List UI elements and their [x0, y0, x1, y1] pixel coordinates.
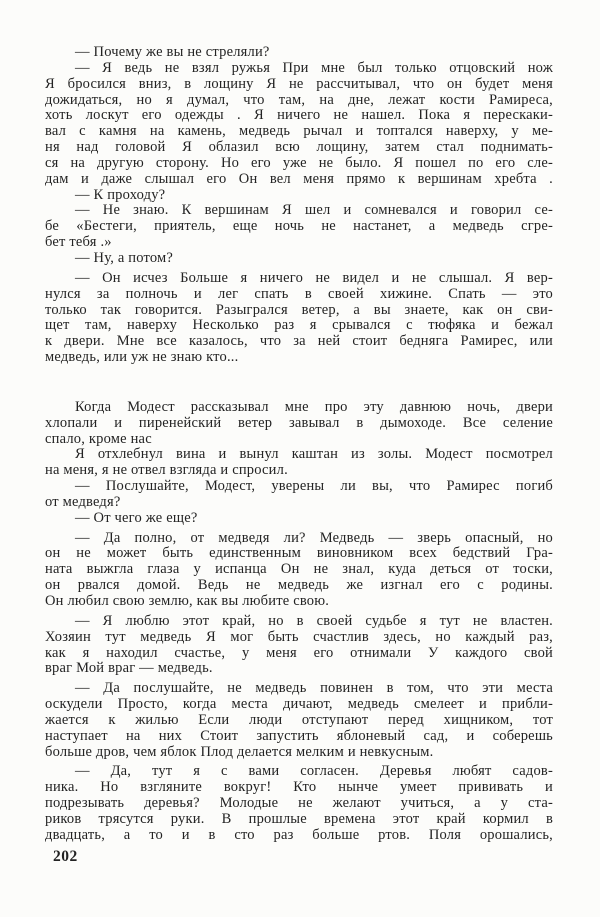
paragraph: — Он исчез Больше я ничего не видел и не… [45, 271, 553, 366]
text-line: риков трясутся руки. В прошлые времена э… [45, 812, 553, 828]
text-line: — Да послушайте, не медведь повинен в то… [45, 681, 553, 697]
text-line: вал с камня на камень, медведь рычал и т… [45, 124, 553, 140]
text-line: медведь, или уж не знаю кто... [45, 350, 553, 366]
text-line: Я бросился вниз, в лощину Я не рассчитыв… [45, 77, 553, 93]
text-line: щет там, наверху Несколько раз я срывалс… [45, 318, 553, 334]
text-line: наступает на них Стоит запустить яблонев… [45, 729, 553, 745]
text-line: Хозяин тут медведь Я мог быть счастлив з… [45, 630, 553, 646]
paragraph: Когда Модест рассказывал мне про эту дав… [45, 400, 553, 448]
text-line: ня над головой Я облазил всю лощину, зат… [45, 140, 553, 156]
text-line: Он любил свою землю, как вы любите свою. [45, 594, 553, 610]
paragraph: — Да, тут я с вами согласен. Деревья люб… [45, 764, 553, 843]
book-page: — Почему же вы не стреляли?— Я ведь не в… [0, 0, 600, 917]
paragraph: — Не знаю. К вершинам Я шел и сомневался… [45, 203, 553, 251]
paragraph: — Послушайте, Модест, уверены ли вы, что… [45, 479, 553, 511]
text-line: только так говорится. Разыгрался ветер, … [45, 303, 553, 319]
text-line: ника. Но взгляните вокруг! Кто нынче уме… [45, 780, 553, 796]
text-line: — От чего же еще? [45, 511, 553, 527]
paragraph: — Да полно, от медведя ли? Медведь — зве… [45, 531, 553, 610]
text-line: оскудели Просто, когда места дичают, мед… [45, 697, 553, 713]
text-line: — Не знаю. К вершинам Я шел и сомневался… [45, 203, 553, 219]
text-line: нулся за полночь и лег спать в своей хиж… [45, 287, 553, 303]
text-line: — Я ведь не взял ружья При мне был тольк… [45, 61, 553, 77]
text-line: — К проходу? [45, 188, 553, 204]
text-line: он не может быть единственным виновником… [45, 546, 553, 562]
text-line: жается к жилью Если люди отступают перед… [45, 713, 553, 729]
text-line: — Он исчез Больше я ничего не видел и не… [45, 271, 553, 287]
text-line: Я отхлебнул вина и вынул каштан из золы.… [45, 447, 553, 463]
text-line: — Послушайте, Модест, уверены ли вы, что… [45, 479, 553, 495]
text-line: ся на другую сторону. Но его уже не было… [45, 156, 553, 172]
text-line: хоть лоскут его одежды . Я ничего не наш… [45, 108, 553, 124]
text-line: — Я люблю этот край, но в своей судьбе я… [45, 614, 553, 630]
text-line: дожидаться, но я думал, что там, на дне,… [45, 93, 553, 109]
text-line: — Почему же вы не стреляли? [45, 45, 553, 61]
text-line: Когда Модест рассказывал мне про эту дав… [45, 400, 553, 416]
text-line: спало, кроме нас [45, 432, 553, 448]
text-line: — Да, тут я с вами согласен. Деревья люб… [45, 764, 553, 780]
text-line: — Ну, а потом? [45, 251, 553, 267]
paragraph: — Я люблю этот край, но в своей судьбе я… [45, 614, 553, 677]
paragraph: — Почему же вы не стреляли? [45, 45, 553, 61]
text-line: от медведя? [45, 495, 553, 511]
text-line: подрезывать деревья? Молодые не желают у… [45, 796, 553, 812]
text-line: как я находил счастье, у меня его отнима… [45, 646, 553, 662]
text-line: — Да полно, от медведя ли? Медведь — зве… [45, 531, 553, 547]
text-line: двадцать, а то и в сто раз больше ртов. … [45, 828, 553, 844]
text-line: дам и даже слышал его Он вел меня прямо … [45, 172, 553, 188]
paragraph: — Я ведь не взял ружья При мне был тольк… [45, 61, 553, 188]
paragraph: Я отхлебнул вина и вынул каштан из золы.… [45, 447, 553, 479]
text-line: враг Мой враг — медведь. [45, 661, 553, 677]
text-line: больше дров, чем яблок Плод делается мел… [45, 745, 553, 761]
paragraph: — Да послушайте, не медведь повинен в то… [45, 681, 553, 760]
paragraph: — К проходу? [45, 188, 553, 204]
paragraph: — Ну, а потом? [45, 251, 553, 267]
paragraph: — От чего же еще? [45, 511, 553, 527]
page-number: 202 [53, 848, 78, 866]
text-line: ната выжгла глаза у испанца Он не знал, … [45, 562, 553, 578]
text-line: хлопали и пиренейский ветер завывал в ды… [45, 416, 553, 432]
text-line: бе «Бестеги, приятель, еще ночь не наста… [45, 219, 553, 235]
text-line: на меня, я не отвел взгляда и спросил. [45, 463, 553, 479]
text-line: к двери. Мне все казалось, что за ней ст… [45, 334, 553, 350]
page-text: — Почему же вы не стреляли?— Я ведь не в… [45, 45, 553, 844]
text-line: бет тебя .» [45, 235, 553, 251]
text-line: он рвался домой. Ведь не медведь же изгн… [45, 578, 553, 594]
